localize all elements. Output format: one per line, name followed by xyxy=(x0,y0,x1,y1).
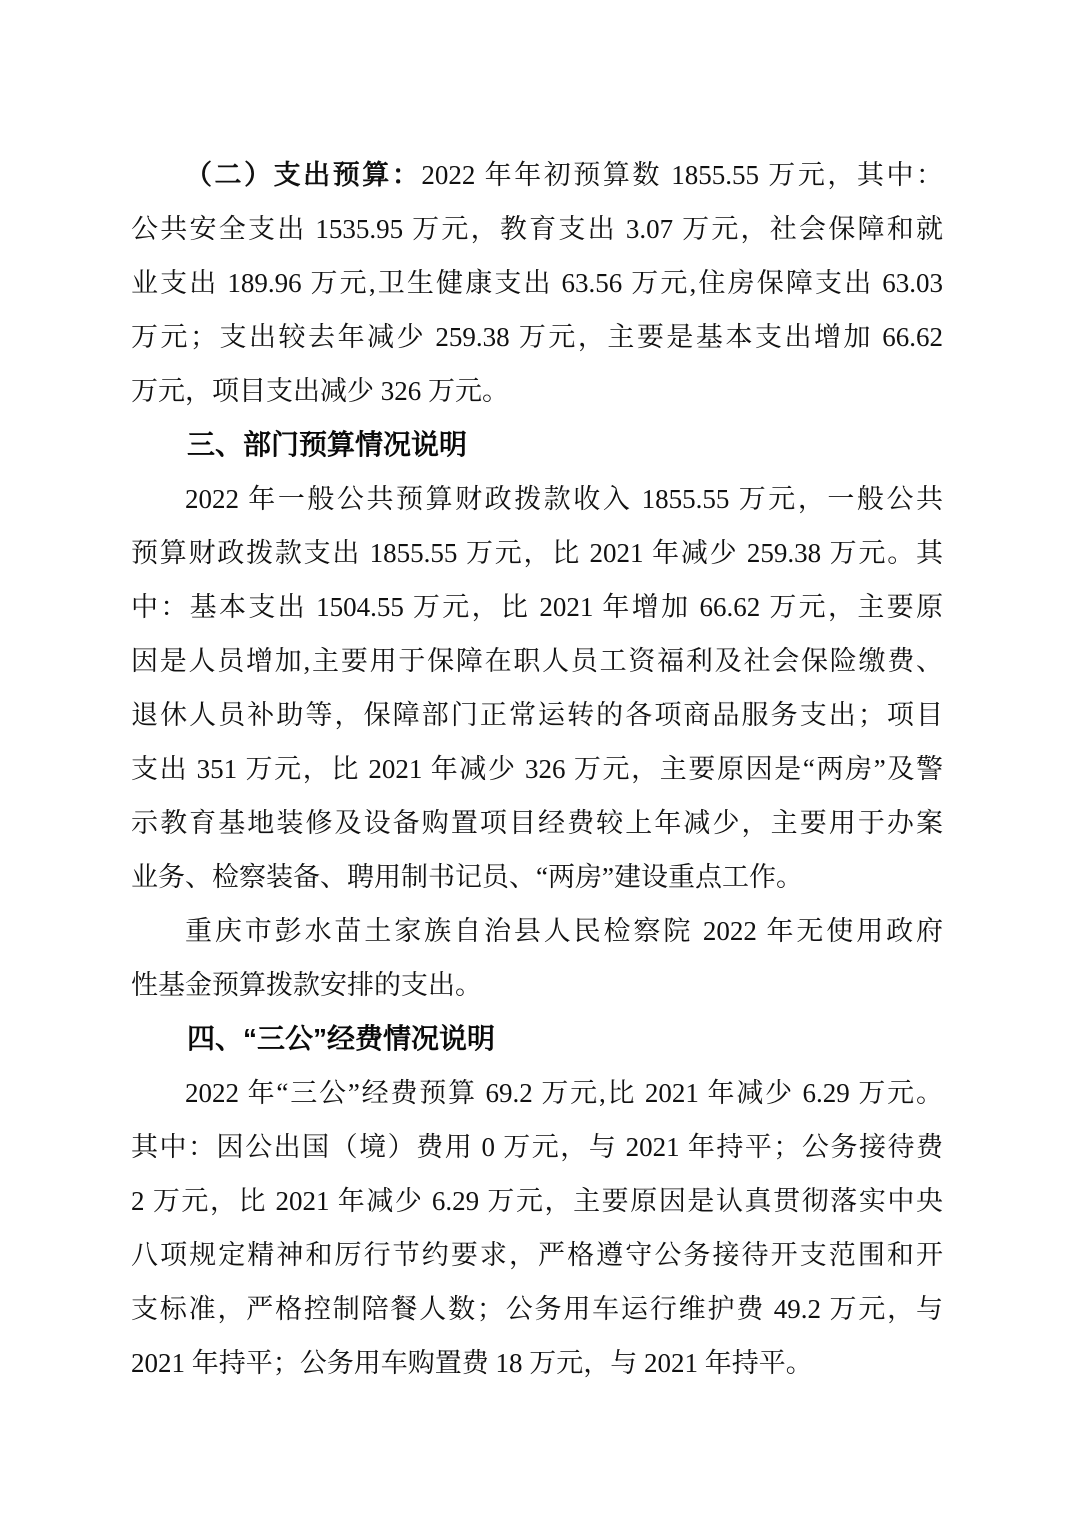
text-line: 性基金预算拨款安排的支出。 xyxy=(131,958,943,1012)
text-line: 万元；支出较去年减少 259.38 万元，主要是基本支出增加 66.62 xyxy=(131,310,943,364)
three-public-expenses-paragraph: 2022 年“三公”经费预算 69.2 万元,比 2021 年减少 6.29 万… xyxy=(131,1066,943,1390)
text-line: 公共安全支出 1535.95 万元，教育支出 3.07 万元，社会保障和就 xyxy=(131,202,943,256)
government-fund-paragraph: 重庆市彭水苗土家族自治县人民检察院 2022 年无使用政府性基金预算拨款安排的支… xyxy=(131,904,943,1012)
text-line: 支出 351 万元，比 2021 年减少 326 万元，主要原因是“两房”及警 xyxy=(131,742,943,796)
text-line: 2 万元，比 2021 年减少 6.29 万元，主要原因是认真贯彻落实中央 xyxy=(131,1174,943,1228)
text-line: 重庆市彭水苗土家族自治县人民检察院 2022 年无使用政府 xyxy=(131,904,943,958)
expenditure-budget-paragraph: （二）支出预算：2022 年年初预算数 1855.55 万元，其中：公共安全支出… xyxy=(131,148,943,418)
section-heading-3: 三、部门预算情况说明 xyxy=(131,418,943,472)
text-line: 业支出 189.96 万元,卫生健康支出 63.56 万元,住房保障支出 63.… xyxy=(131,256,943,310)
text-line: 业务、检察装备、聘用制书记员、“两房”建设重点工作。 xyxy=(131,850,943,904)
section-heading-4: 四、“三公”经费情况说明 xyxy=(131,1012,943,1066)
text-line: 2022 年一般公共预算财政拨款收入 1855.55 万元，一般公共 xyxy=(131,472,943,526)
text-line: （二）支出预算：2022 年年初预算数 1855.55 万元，其中： xyxy=(131,148,943,202)
text-line: 示教育基地装修及设备购置项目经费较上年减少，主要用于办案 xyxy=(131,796,943,850)
text-line: 支标准，严格控制陪餐人数；公务用车运行维护费 49.2 万元，与 xyxy=(131,1282,943,1336)
budget-explanation-paragraph: 2022 年一般公共预算财政拨款收入 1855.55 万元，一般公共预算财政拨款… xyxy=(131,472,943,904)
text-line: 因是人员增加,主要用于保障在职人员工资福利及社会保险缴费、 xyxy=(131,634,943,688)
text-line: 八项规定精神和厉行节约要求，严格遵守公务接待开支范围和开 xyxy=(131,1228,943,1282)
subheading-lead: （二）支出预算： xyxy=(185,160,421,190)
text-line: 预算财政拨款支出 1855.55 万元，比 2021 年减少 259.38 万元… xyxy=(131,526,943,580)
text-line: 退休人员补助等，保障部门正常运转的各项商品服务支出；项目 xyxy=(131,688,943,742)
text-line: 2021 年持平；公务用车购置费 18 万元，与 2021 年持平。 xyxy=(131,1336,943,1390)
text-line: 万元，项目支出减少 326 万元。 xyxy=(131,364,943,418)
text-line: 其中：因公出国（境）费用 0 万元，与 2021 年持平；公务接待费 xyxy=(131,1120,943,1174)
document-page: （二）支出预算：2022 年年初预算数 1855.55 万元，其中：公共安全支出… xyxy=(0,0,1074,1520)
text-line: 2022 年“三公”经费预算 69.2 万元,比 2021 年减少 6.29 万… xyxy=(131,1066,943,1120)
text-line: 中：基本支出 1504.55 万元，比 2021 年增加 66.62 万元，主要… xyxy=(131,580,943,634)
